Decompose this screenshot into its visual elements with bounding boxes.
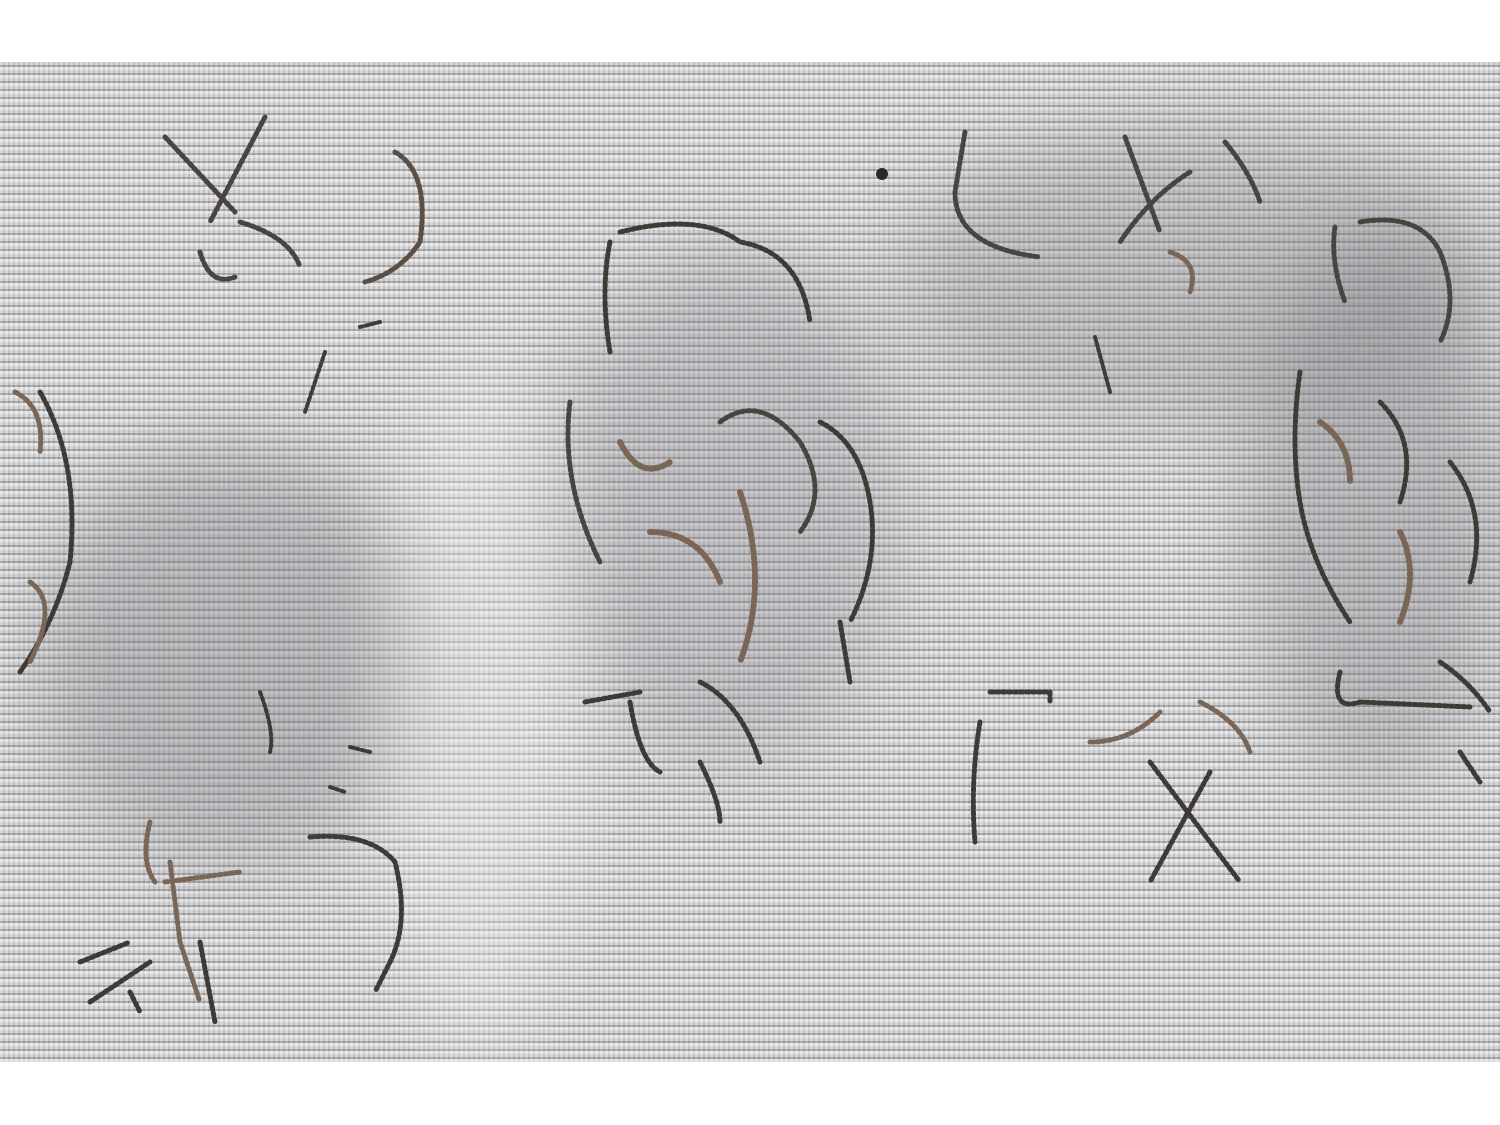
rug-texture xyxy=(0,62,1500,1062)
photo-frame xyxy=(0,0,1500,1125)
floral-motifs xyxy=(0,62,1500,1062)
